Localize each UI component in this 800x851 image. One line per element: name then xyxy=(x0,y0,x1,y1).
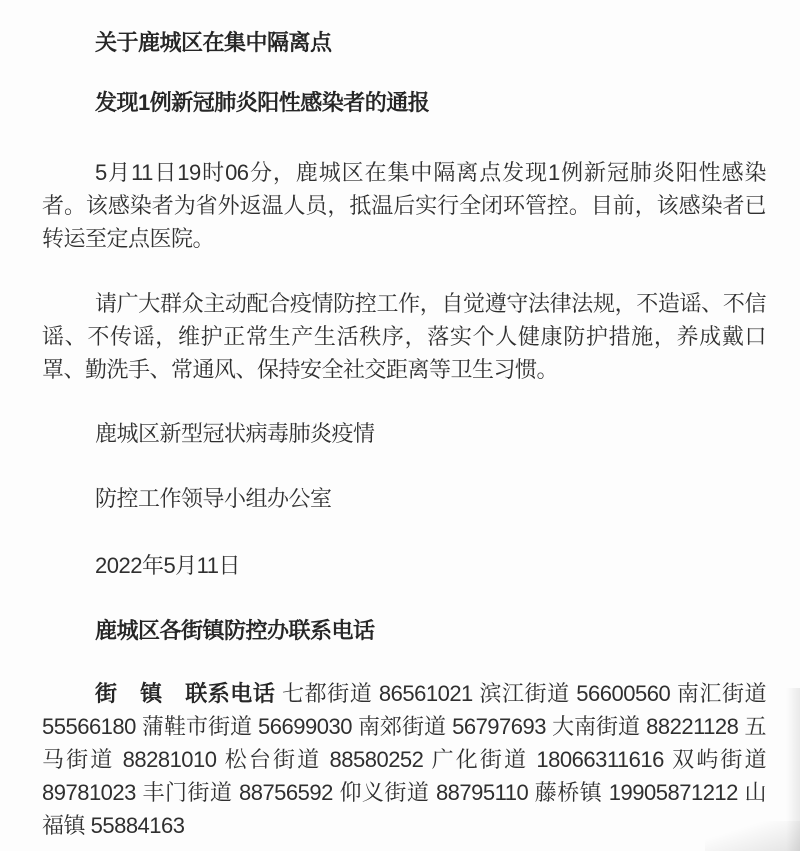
contacts-paragraph: 街 镇 联系电话 七都街道 86561021 滨江街道 56600560 南汇街… xyxy=(42,677,766,842)
signature-org-line1: 鹿城区新型冠状病毒肺炎疫情 xyxy=(42,417,766,450)
photo-shade-right-edge xyxy=(786,688,800,851)
signature-date: 2022年5月11日 xyxy=(42,549,766,582)
notice-document: 关于鹿城区在集中隔离点 发现1例新冠肺炎阳性感染者的通报 5月11日19时06分… xyxy=(0,0,800,851)
contacts-label: 街 镇 联系电话 xyxy=(95,681,275,706)
paragraph-public-appeal: 请广大群众主动配合疫情防控工作，自觉遵守法律法规，不造谣、不信谣、不传谣，维护正… xyxy=(42,287,766,386)
notice-title-line1: 关于鹿城区在集中隔离点 xyxy=(42,26,766,59)
notice-title-line2: 发现1例新冠肺炎阳性感染者的通报 xyxy=(42,86,766,119)
contacts-heading: 鹿城区各街镇防控办联系电话 xyxy=(42,614,766,647)
paragraph-case-report: 5月11日19时06分，鹿城区在集中隔离点发现1例新冠肺炎阳性感染者。该感染者为… xyxy=(42,156,766,255)
signature-org-line2: 防控工作领导小组办公室 xyxy=(42,482,766,515)
